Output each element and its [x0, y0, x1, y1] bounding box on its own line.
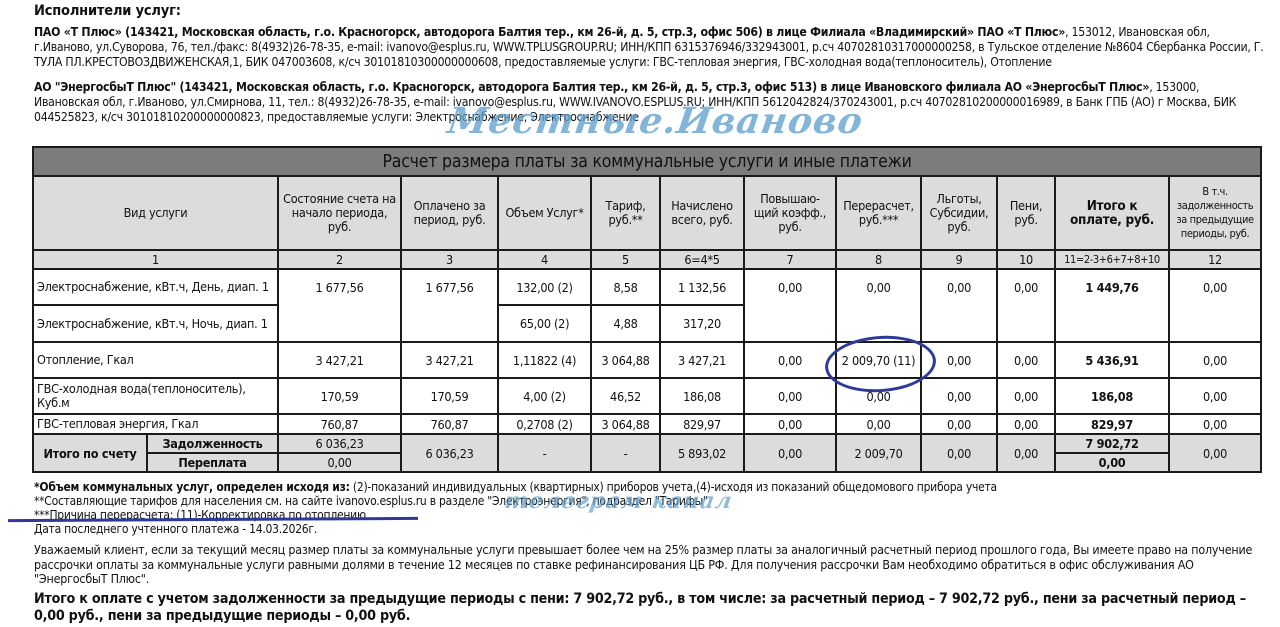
col-number: 6=4*5 [660, 250, 744, 269]
volume: 1,11822 (4) [498, 342, 591, 378]
footnote-volume-text: (2)-показаний индивидуальных (квартирных… [350, 480, 997, 494]
totals-prev-debt: 0,00 [1169, 434, 1261, 472]
col-header-benefits: Льготы, Субсидии, руб. [921, 176, 997, 250]
balance-start: 170,59 [278, 378, 401, 414]
benefits: 0,00 [921, 342, 997, 378]
prev-debt: 0,00 [1169, 378, 1261, 414]
recalc: 0,00 [836, 378, 921, 414]
penalty: 0,00 [997, 342, 1055, 378]
installment-info: Уважаемый клиент, если за текущий месяц … [34, 543, 1259, 587]
penalty: 0,00 [997, 378, 1055, 414]
service-name: Электроснабжение, кВт.ч, Ночь, диап. 1 [33, 305, 278, 342]
volume: 132,00 (2) [498, 269, 591, 305]
coef: 0,00 [744, 378, 836, 414]
coef: 0,00 [744, 342, 836, 378]
totals-benefits: 0,00 [921, 434, 997, 472]
balance-start: 3 427,21 [278, 342, 401, 378]
col-number: 12 [1169, 250, 1261, 269]
col-header-coef: Повышаю-щий коэфф., руб. [744, 176, 836, 250]
col-header-volume: Объем Услуг* [498, 176, 591, 250]
debt-value: 6 036,23 [278, 434, 401, 453]
col-header-prev-debt: В т.ч. задолженность за предыдущие перио… [1169, 176, 1261, 250]
coef: 0,00 [744, 414, 836, 434]
coef: 0,00 [744, 269, 836, 342]
totals-volume: - [498, 434, 591, 472]
totals-label: Итого по счету [33, 434, 147, 472]
paid: 3 427,21 [401, 342, 498, 378]
totals-recalc: 2 009,70 [836, 434, 921, 472]
recalc: 2 009,70 (11) [836, 342, 921, 378]
footnotes: *Объем коммунальных услуг, определен исх… [34, 480, 997, 536]
col-number: 11=2-3+6+7+8+10 [1055, 250, 1169, 269]
benefits: 0,00 [921, 269, 997, 342]
totals-charged: 5 893,02 [660, 434, 744, 472]
footnote-tariffs: **Составляющие тарифов для населения см.… [34, 494, 997, 508]
provider-name: ПАО «Т Плюс» (143421, Московская область… [34, 25, 1065, 39]
table-row: Отопление, Гкал 3 427,21 3 427,21 1,1182… [33, 342, 1261, 378]
prev-debt: 0,00 [1169, 269, 1261, 342]
totals-row: Итого по счету Задолженность 6 036,23 6 … [33, 434, 1261, 453]
volume: 4,00 (2) [498, 378, 591, 414]
penalty: 0,00 [997, 269, 1055, 342]
benefits: 0,00 [921, 378, 997, 414]
charged: 317,20 [660, 305, 744, 342]
table-row: ГВС-холодная вода(теплоноситель), Куб.м … [33, 378, 1261, 414]
totals-paid: 6 036,23 [401, 434, 498, 472]
table-title: Расчет размера платы за коммунальные усл… [33, 147, 1261, 176]
volume: 65,00 (2) [498, 305, 591, 342]
charged: 829,97 [660, 414, 744, 434]
tariff: 4,88 [591, 305, 660, 342]
service-name: Электроснабжение, кВт.ч, День, диап. 1 [33, 269, 278, 305]
penalty: 0,00 [997, 414, 1055, 434]
col-header-penalty: Пени, руб. [997, 176, 1055, 250]
col-number: 9 [921, 250, 997, 269]
table-row: ГВС-тепловая энергия, Гкал 760,87 760,87… [33, 414, 1261, 434]
footnote-volume-label: *Объем коммунальных услуг, определен исх… [34, 480, 350, 494]
overpay-label: Переплата [147, 453, 278, 472]
paid: 1 677,56 [401, 269, 498, 342]
col-number: 4 [498, 250, 591, 269]
footnote-volume: *Объем коммунальных услуг, определен исх… [34, 480, 997, 494]
col-header-service: Вид услуги [33, 176, 278, 250]
service-name: Отопление, Гкал [33, 342, 278, 378]
charged: 1 132,56 [660, 269, 744, 305]
tariff: 3 064,88 [591, 414, 660, 434]
balance-start: 1 677,56 [278, 269, 401, 342]
total: 1 449,76 [1055, 269, 1169, 342]
col-header-balance-start: Состояние счета на начало периода, руб. [278, 176, 401, 250]
overpay-value: 0,00 [278, 453, 401, 472]
totals-penalty: 0,00 [997, 434, 1055, 472]
col-number: 3 [401, 250, 498, 269]
col-number: 7 [744, 250, 836, 269]
footnote-recalc-text: (11)-Корректировка по отоплению [173, 508, 366, 522]
prev-debt: 0,00 [1169, 414, 1261, 434]
recalc: 0,00 [836, 269, 921, 342]
paid: 170,59 [401, 378, 498, 414]
total: 186,08 [1055, 378, 1169, 414]
tariff: 46,52 [591, 378, 660, 414]
charged: 3 427,21 [660, 342, 744, 378]
recalc: 0,00 [836, 414, 921, 434]
col-number: 8 [836, 250, 921, 269]
last-payment-date: Дата последнего учтенного платежа - 14.0… [34, 522, 997, 536]
col-header-recalc: Перерасчет, руб.*** [836, 176, 921, 250]
totals-total-debt: 7 902,72 [1055, 434, 1169, 453]
grand-total: Итого к оплате с учетом задолженности за… [34, 591, 1259, 625]
provider-name: АО "ЭнергосбыТ Плюс" (143421, Московская… [34, 80, 1149, 94]
total: 5 436,91 [1055, 342, 1169, 378]
totals-coef: 0,00 [744, 434, 836, 472]
footnote-recalc-label: ***Причина перерасчета: [34, 508, 173, 522]
total: 829,97 [1055, 414, 1169, 434]
provider-energosbyt-plus: АО "ЭнергосбыТ Плюс" (143421, Московская… [34, 80, 1264, 125]
provider-t-plus: ПАО «Т Плюс» (143421, Московская область… [34, 25, 1264, 70]
col-number: 10 [997, 250, 1055, 269]
footnote-recalc: ***Причина перерасчета: (11)-Корректиров… [34, 508, 997, 522]
prev-debt: 0,00 [1169, 342, 1261, 378]
col-header-tariff: Тариф, руб.** [591, 176, 660, 250]
tariff: 3 064,88 [591, 342, 660, 378]
debt-label: Задолженность [147, 434, 278, 453]
col-number: 1 [33, 250, 278, 269]
service-name: ГВС-холодная вода(теплоноситель), Куб.м [33, 378, 278, 414]
col-header-charged: Начислено всего, руб. [660, 176, 744, 250]
col-number: 2 [278, 250, 401, 269]
totals-tariff: - [591, 434, 660, 472]
table-row: Электроснабжение, кВт.ч, День, диап. 1 1… [33, 269, 1261, 305]
paid: 760,87 [401, 414, 498, 434]
col-number: 5 [591, 250, 660, 269]
charged: 186,08 [660, 378, 744, 414]
tariff: 8,58 [591, 269, 660, 305]
providers-title: Исполнители услуг: [34, 3, 181, 19]
totals-total-overpay: 0,00 [1055, 453, 1169, 472]
volume: 0,2708 (2) [498, 414, 591, 434]
benefits: 0,00 [921, 414, 997, 434]
service-name: ГВС-тепловая энергия, Гкал [33, 414, 278, 434]
col-header-total: Итого к оплате, руб. [1055, 176, 1169, 250]
charges-table: Расчет размера платы за коммунальные усл… [32, 146, 1262, 473]
balance-start: 760,87 [278, 414, 401, 434]
col-header-paid: Оплачено за период, руб. [401, 176, 498, 250]
